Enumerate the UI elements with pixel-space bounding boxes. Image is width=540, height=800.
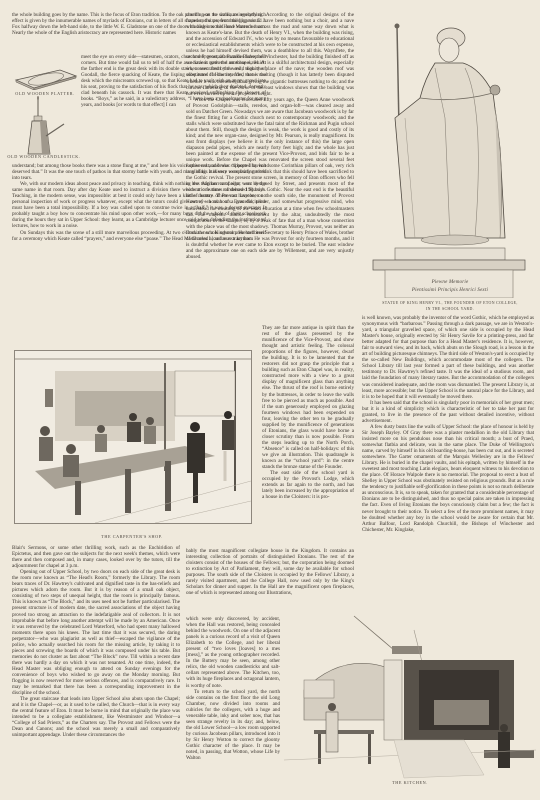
candlestick-illustration bbox=[20, 96, 70, 158]
paragraph: Opening out of Upper School, by two door… bbox=[12, 569, 180, 696]
statue-inscription-2: Pientissimi Principis Henrici Sexti bbox=[392, 288, 508, 293]
carpenters-shop-drawing-icon bbox=[15, 351, 251, 523]
paragraph: The east side of the school yard is occu… bbox=[262, 470, 354, 500]
caption-kitchen: The Kitchen. bbox=[284, 780, 536, 785]
caption-statue-line1: Statue of King Henry VI., the Founder of… bbox=[362, 301, 538, 305]
paragraph: bably the most magnificent collegiate ho… bbox=[186, 548, 354, 596]
paragraph: church was to dominate everything. Accor… bbox=[186, 12, 354, 97]
article-col1-bottom: Blair's Sermons, or some other thrilling… bbox=[12, 545, 180, 739]
statue-drawing-icon bbox=[365, 8, 535, 298]
article-col3: is well known, was probably the inventor… bbox=[362, 315, 534, 533]
caption-carpenters-shop: The Carpenter's Shop. bbox=[14, 534, 250, 539]
paragraph: It has been said that the school is sing… bbox=[362, 400, 534, 424]
platter-illustration bbox=[12, 60, 78, 90]
paragraph: A few dusty busts line the walls of Uppe… bbox=[362, 424, 534, 533]
kitchen-drawing-icon bbox=[284, 610, 536, 780]
platter-drawing-icon bbox=[12, 60, 78, 90]
kitchen-illustration bbox=[284, 610, 536, 780]
statue-inscription-1: Piewne Memorie bbox=[400, 280, 500, 285]
candlestick-drawing-icon bbox=[20, 96, 70, 158]
statue-henry-vi-illustration bbox=[365, 8, 535, 298]
caption-candlestick: Old Wooden Candlestick. bbox=[6, 154, 82, 159]
paragraph: The great staircase that leads into Uppe… bbox=[12, 696, 180, 738]
article-col2-kitchen-side: which were only discovered, by accident,… bbox=[186, 616, 280, 761]
paragraph: When the Chapel was renovated fifty year… bbox=[186, 97, 354, 260]
article-col2-narrow: They are far more antique in spirit than… bbox=[262, 325, 354, 500]
paragraph: To return to the school yard, the north … bbox=[186, 689, 280, 762]
article-col2-top: church was to dominate everything. Accor… bbox=[186, 12, 354, 260]
paragraph: They are far more antique in spirit than… bbox=[262, 325, 354, 470]
paragraph: Blair's Sermons, or some other thrilling… bbox=[12, 545, 180, 569]
article-col2-wide: bably the most magnificent collegiate ho… bbox=[186, 548, 354, 596]
paragraph: which were only discovered, by accident,… bbox=[186, 616, 280, 689]
carpenters-shop-illustration bbox=[14, 350, 252, 524]
caption-statue-line2: in the School Yard. bbox=[362, 307, 538, 311]
paragraph: is well known, was probably the inventor… bbox=[362, 315, 534, 400]
